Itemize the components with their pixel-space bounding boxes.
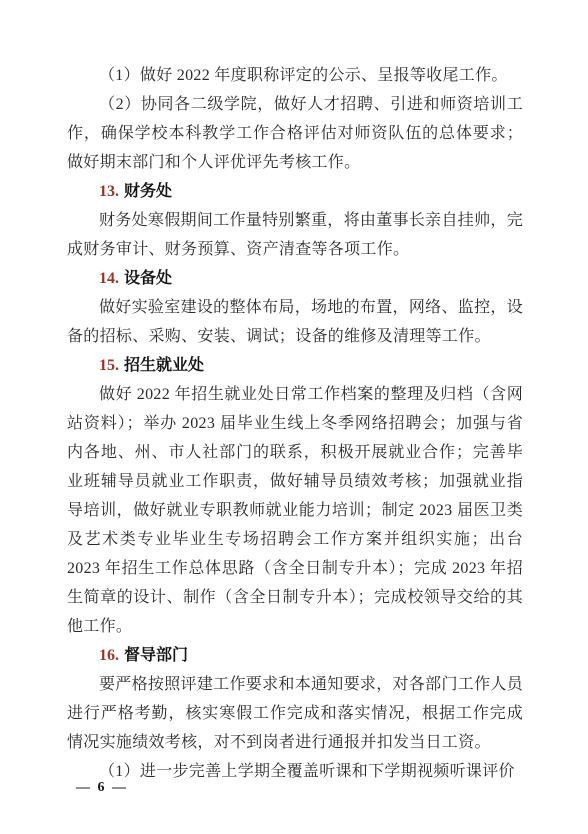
section-number: 15.: [99, 357, 119, 374]
section-heading-equipment: 14.设备处: [67, 264, 523, 293]
section-title: 招生就业处: [124, 357, 204, 374]
page-footer: — 6 —: [76, 778, 128, 798]
paragraph-admissions: 做好 2022 年招生就业处日常工作档案的整理及归档（含网站资料）；举办 202…: [67, 380, 523, 641]
page-number: — 6 —: [76, 780, 128, 795]
section-heading-admissions: 15.招生就业处: [67, 351, 523, 380]
paragraph-item-last: （1）进一步完善上学期全覆盖听课和下学期视频听课评价: [67, 757, 523, 786]
section-title: 财务处: [124, 183, 172, 200]
paragraph-item-1: （1）做好 2022 年度职称评定的公示、呈报等收尾工作。: [67, 61, 523, 90]
section-number: 16.: [99, 647, 119, 664]
document-content: （1）做好 2022 年度职称评定的公示、呈报等收尾工作。 （2）协同各二级学院…: [67, 61, 523, 786]
section-heading-supervision: 16.督导部门: [67, 641, 523, 670]
document-page: （1）做好 2022 年度职称评定的公示、呈报等收尾工作。 （2）协同各二级学院…: [0, 0, 588, 834]
section-title: 设备处: [124, 270, 172, 287]
section-number: 13.: [99, 183, 119, 200]
paragraph-supervision: 要严格按照评建工作要求和本通知要求，对各部门工作人员进行严格考勤，核实寒假工作完…: [67, 670, 523, 757]
section-heading-finance: 13.财务处: [67, 177, 523, 206]
paragraph-item-2: （2）协同各二级学院，做好人才招聘、引进和师资培训工作，确保学校本科教学工作合格…: [67, 90, 523, 177]
paragraph-equipment: 做好实验室建设的整体布局，场地的布置，网络、监控，设备的招标、采购、安装、调试；…: [67, 293, 523, 351]
section-title: 督导部门: [124, 647, 188, 664]
paragraph-finance: 财务处寒假期间工作量特别繁重，将由董事长亲自挂帅，完成财务审计、财务预算、资产清…: [67, 206, 523, 264]
section-number: 14.: [99, 270, 119, 287]
